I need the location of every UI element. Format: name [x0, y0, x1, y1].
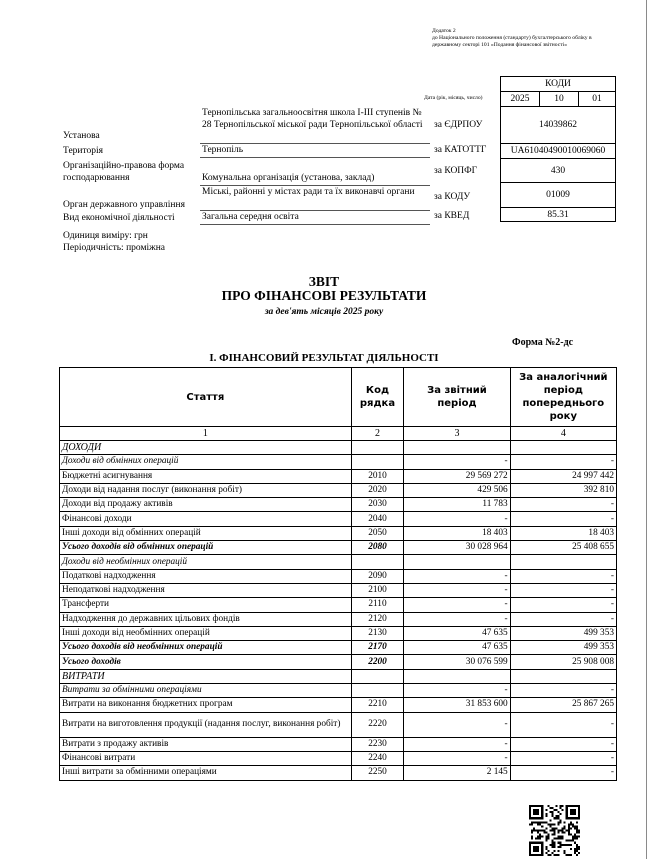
- row-current-period: 18 403: [404, 526, 510, 540]
- row-code: 2050: [351, 526, 404, 540]
- row-current-period: 30 076 599: [404, 655, 510, 669]
- row-code: [351, 441, 404, 455]
- row-current-period: 47 635: [404, 641, 510, 655]
- row-previous-period: 25 867 265: [510, 698, 616, 712]
- table-row: Інші витрати за обмінними операціями2250…: [60, 766, 617, 780]
- table-row: ВИТРАТИ: [60, 669, 617, 683]
- row-current-period: -: [404, 712, 510, 737]
- legal-form-label-2: господарювання: [63, 172, 129, 184]
- kved-value: 85.31: [501, 208, 616, 222]
- row-code: 2170: [351, 641, 404, 655]
- row-current-period: -: [404, 569, 510, 583]
- table-row: Витрати на виготовлення продукції (надан…: [60, 712, 617, 737]
- row-previous-period: [510, 669, 616, 683]
- row-current-period: 2 145: [404, 766, 510, 780]
- col-number-4: 4: [510, 427, 616, 441]
- row-article: Доходи від надання послуг (виконання роб…: [60, 483, 352, 497]
- table-row: Усього доходів від обмінних операцій2080…: [60, 541, 617, 555]
- activity-value: Загальна середня освіта: [202, 212, 430, 224]
- table-row: Бюджетні асигнування201029 569 27224 997…: [60, 469, 617, 483]
- row-previous-period: -: [510, 766, 616, 780]
- row-current-period: 29 569 272: [404, 469, 510, 483]
- row-code: 2020: [351, 483, 404, 497]
- row-previous-period: 18 403: [510, 526, 616, 540]
- edrpou-value: 14039862: [501, 107, 616, 144]
- row-article: Усього доходів від обмінних операцій: [60, 541, 352, 555]
- territory-value: Тернопіль: [202, 145, 430, 157]
- row-article: Усього доходів від необмінних операцій: [60, 641, 352, 655]
- divider: [200, 185, 430, 186]
- col-number-1: 1: [60, 427, 352, 441]
- row-previous-period: 392 810: [510, 483, 616, 497]
- row-current-period: 31 853 600: [404, 698, 510, 712]
- row-current-period: [404, 555, 510, 569]
- kved-label: за КВЕД: [434, 211, 469, 221]
- row-previous-period: -: [510, 612, 616, 626]
- row-article: ДОХОДИ: [60, 441, 352, 455]
- financial-results-table: Стаття Код рядка За звітний період За ан…: [59, 367, 617, 781]
- table-row: Фінансові доходи2040--: [60, 512, 617, 526]
- row-previous-period: -: [510, 737, 616, 751]
- row-previous-period: -: [510, 498, 616, 512]
- row-code: [351, 669, 404, 683]
- legal-form-value: Комунальна організація (установа, заклад…: [202, 173, 430, 185]
- header-previous: За аналогічний період попереднього року: [510, 368, 616, 427]
- row-previous-period: -: [510, 455, 616, 469]
- divider: [200, 143, 430, 144]
- header-current: За звітний період: [404, 368, 510, 427]
- divider: [200, 157, 430, 158]
- table-row: Усього доходів220030 076 59925 908 008: [60, 655, 617, 669]
- activity-label: Вид економічної діяльності: [63, 212, 175, 224]
- row-previous-period: -: [510, 751, 616, 765]
- row-current-period: -: [404, 512, 510, 526]
- codes-header: КОДИ: [501, 77, 616, 92]
- row-article: Доходи від продажу активів: [60, 498, 352, 512]
- row-article: Неподаткові надходження: [60, 583, 352, 597]
- table-row: ДОХОДИ: [60, 441, 617, 455]
- row-code: 2090: [351, 569, 404, 583]
- row-previous-period: 499 353: [510, 641, 616, 655]
- row-article: ВИТРАТИ: [60, 669, 352, 683]
- table-row: Доходи від обмінних операцій--: [60, 455, 617, 469]
- legal-form-label-1: Організаційно-правова форма: [63, 160, 184, 172]
- row-current-period: 429 506: [404, 483, 510, 497]
- appendix-note: Додаток 2 до Національного положення (ст…: [432, 28, 602, 50]
- row-previous-period: 25 908 008: [510, 655, 616, 669]
- row-code: 2240: [351, 751, 404, 765]
- row-article: Доходи від необмінних операцій: [60, 555, 352, 569]
- row-current-period: [404, 441, 510, 455]
- row-previous-period: -: [510, 598, 616, 612]
- institution-value: Тернопільська загальноосвітня школа І-ІІ…: [202, 108, 430, 131]
- appendix-line-2: до Національного положення (стандарту) б…: [432, 35, 602, 49]
- kopfg-value: 430: [501, 159, 616, 183]
- row-article: Доходи від обмінних операцій: [60, 455, 352, 469]
- row-code: 2220: [351, 712, 404, 737]
- row-current-period: -: [404, 455, 510, 469]
- row-code: 2010: [351, 469, 404, 483]
- row-current-period: 47 635: [404, 626, 510, 640]
- table-row: Фінансові витрати2240--: [60, 751, 617, 765]
- row-article: Інші доходи від обмінних операцій: [60, 526, 352, 540]
- row-article: Податкові надходження: [60, 569, 352, 583]
- divider: [200, 224, 430, 225]
- row-current-period: 11 783: [404, 498, 510, 512]
- row-previous-period: 499 353: [510, 626, 616, 640]
- row-previous-period: 25 408 655: [510, 541, 616, 555]
- row-previous-period: 24 997 442: [510, 469, 616, 483]
- row-current-period: -: [404, 612, 510, 626]
- row-article: Фінансові доходи: [60, 512, 352, 526]
- periodicity-label: Періодичність: проміжна: [63, 242, 165, 254]
- col-number-2: 2: [351, 427, 404, 441]
- row-previous-period: -: [510, 569, 616, 583]
- table-row: Інші доходи від необмінних операцій21304…: [60, 626, 617, 640]
- header-article: Стаття: [60, 368, 352, 427]
- row-previous-period: -: [510, 712, 616, 737]
- table-row: Надходження до державних цільових фондів…: [60, 612, 617, 626]
- row-code: 2200: [351, 655, 404, 669]
- row-previous-period: [510, 555, 616, 569]
- territory-label: Територія: [63, 145, 103, 157]
- table-row: Витрати за обмінними операціями--: [60, 684, 617, 698]
- row-previous-period: -: [510, 512, 616, 526]
- row-current-period: 30 028 964: [404, 541, 510, 555]
- katottg-value: UA61040490010069060: [501, 144, 616, 159]
- row-previous-period: [510, 441, 616, 455]
- row-article: Інші доходи від необмінних операцій: [60, 626, 352, 640]
- row-code: 2080: [351, 541, 404, 555]
- report-title-2: ПРО ФІНАНСОВІ РЕЗУЛЬТАТИ: [0, 288, 648, 304]
- table-row: Доходи від необмінних операцій: [60, 555, 617, 569]
- edrpou-label: за ЄДРПОУ: [434, 120, 482, 130]
- row-code: [351, 684, 404, 698]
- table-row: Податкові надходження2090--: [60, 569, 617, 583]
- row-article: Надходження до державних цільових фондів: [60, 612, 352, 626]
- page-edge: [646, 0, 647, 859]
- row-code: 2210: [351, 698, 404, 712]
- row-article: Інші витрати за обмінними операціями: [60, 766, 352, 780]
- date-day: 01: [579, 92, 616, 107]
- row-previous-period: -: [510, 583, 616, 597]
- row-article: Витрати на виконання бюджетних програм: [60, 698, 352, 712]
- form-number: Форма №2-дс: [512, 337, 573, 348]
- section-title: І. ФІНАНСОВИЙ РЕЗУЛЬТАТ ДІЯЛЬНОСТІ: [0, 352, 648, 364]
- date-label: Дата (рік, місяць, число): [424, 95, 483, 101]
- col-number-3: 3: [404, 427, 510, 441]
- row-article: Трансферти: [60, 598, 352, 612]
- row-code: 2230: [351, 737, 404, 751]
- row-article: Витрати на виготовлення продукції (надан…: [60, 712, 352, 737]
- unit-label: Одиниця виміру: грн: [63, 230, 148, 242]
- row-code: [351, 555, 404, 569]
- table-row: Неподаткові надходження2100--: [60, 583, 617, 597]
- row-article: Усього доходів: [60, 655, 352, 669]
- divider: [200, 210, 430, 211]
- row-code: 2040: [351, 512, 404, 526]
- table-row: Доходи від продажу активів203011 783-: [60, 498, 617, 512]
- row-code: 2130: [351, 626, 404, 640]
- row-article: Фінансові витрати: [60, 751, 352, 765]
- kopfg-label: за КОПФГ: [434, 166, 477, 176]
- qr-code-icon: [529, 805, 580, 856]
- row-current-period: -: [404, 684, 510, 698]
- table-row: Усього доходів від необмінних операцій21…: [60, 641, 617, 655]
- date-month: 10: [540, 92, 579, 107]
- row-current-period: -: [404, 751, 510, 765]
- row-code: 2120: [351, 612, 404, 626]
- report-period: за дев'ять місяців 2025 року: [0, 307, 648, 317]
- kodu-value: 01009: [501, 183, 616, 208]
- row-code: 2030: [351, 498, 404, 512]
- kodu-label: за КОДУ: [434, 192, 470, 202]
- date-year: 2025: [501, 92, 540, 107]
- row-current-period: -: [404, 598, 510, 612]
- table-row: Доходи від надання послуг (виконання роб…: [60, 483, 617, 497]
- row-code: 2100: [351, 583, 404, 597]
- codes-table: КОДИ 2025 10 01 14039862 UA6104049001006…: [500, 76, 616, 222]
- authority-label: Орган державного управління: [63, 199, 185, 211]
- row-code: 2250: [351, 766, 404, 780]
- row-previous-period: -: [510, 684, 616, 698]
- row-article: Витрати за обмінними операціями: [60, 684, 352, 698]
- authority-value: Міські, районні у містах ради та їх вико…: [202, 187, 430, 199]
- institution-label: Установа: [63, 130, 100, 142]
- table-row: Інші доходи від обмінних операцій205018 …: [60, 526, 617, 540]
- katottg-label: за КАТОТТГ: [434, 145, 486, 155]
- row-article: Бюджетні асигнування: [60, 469, 352, 483]
- row-current-period: [404, 669, 510, 683]
- row-article: Витрати з продажу активів: [60, 737, 352, 751]
- header-code: Код рядка: [351, 368, 404, 427]
- row-code: [351, 455, 404, 469]
- row-code: 2110: [351, 598, 404, 612]
- table-row: Витрати на виконання бюджетних програм22…: [60, 698, 617, 712]
- table-row: Трансферти2110--: [60, 598, 617, 612]
- row-current-period: -: [404, 583, 510, 597]
- table-row: Витрати з продажу активів2230--: [60, 737, 617, 751]
- row-current-period: -: [404, 737, 510, 751]
